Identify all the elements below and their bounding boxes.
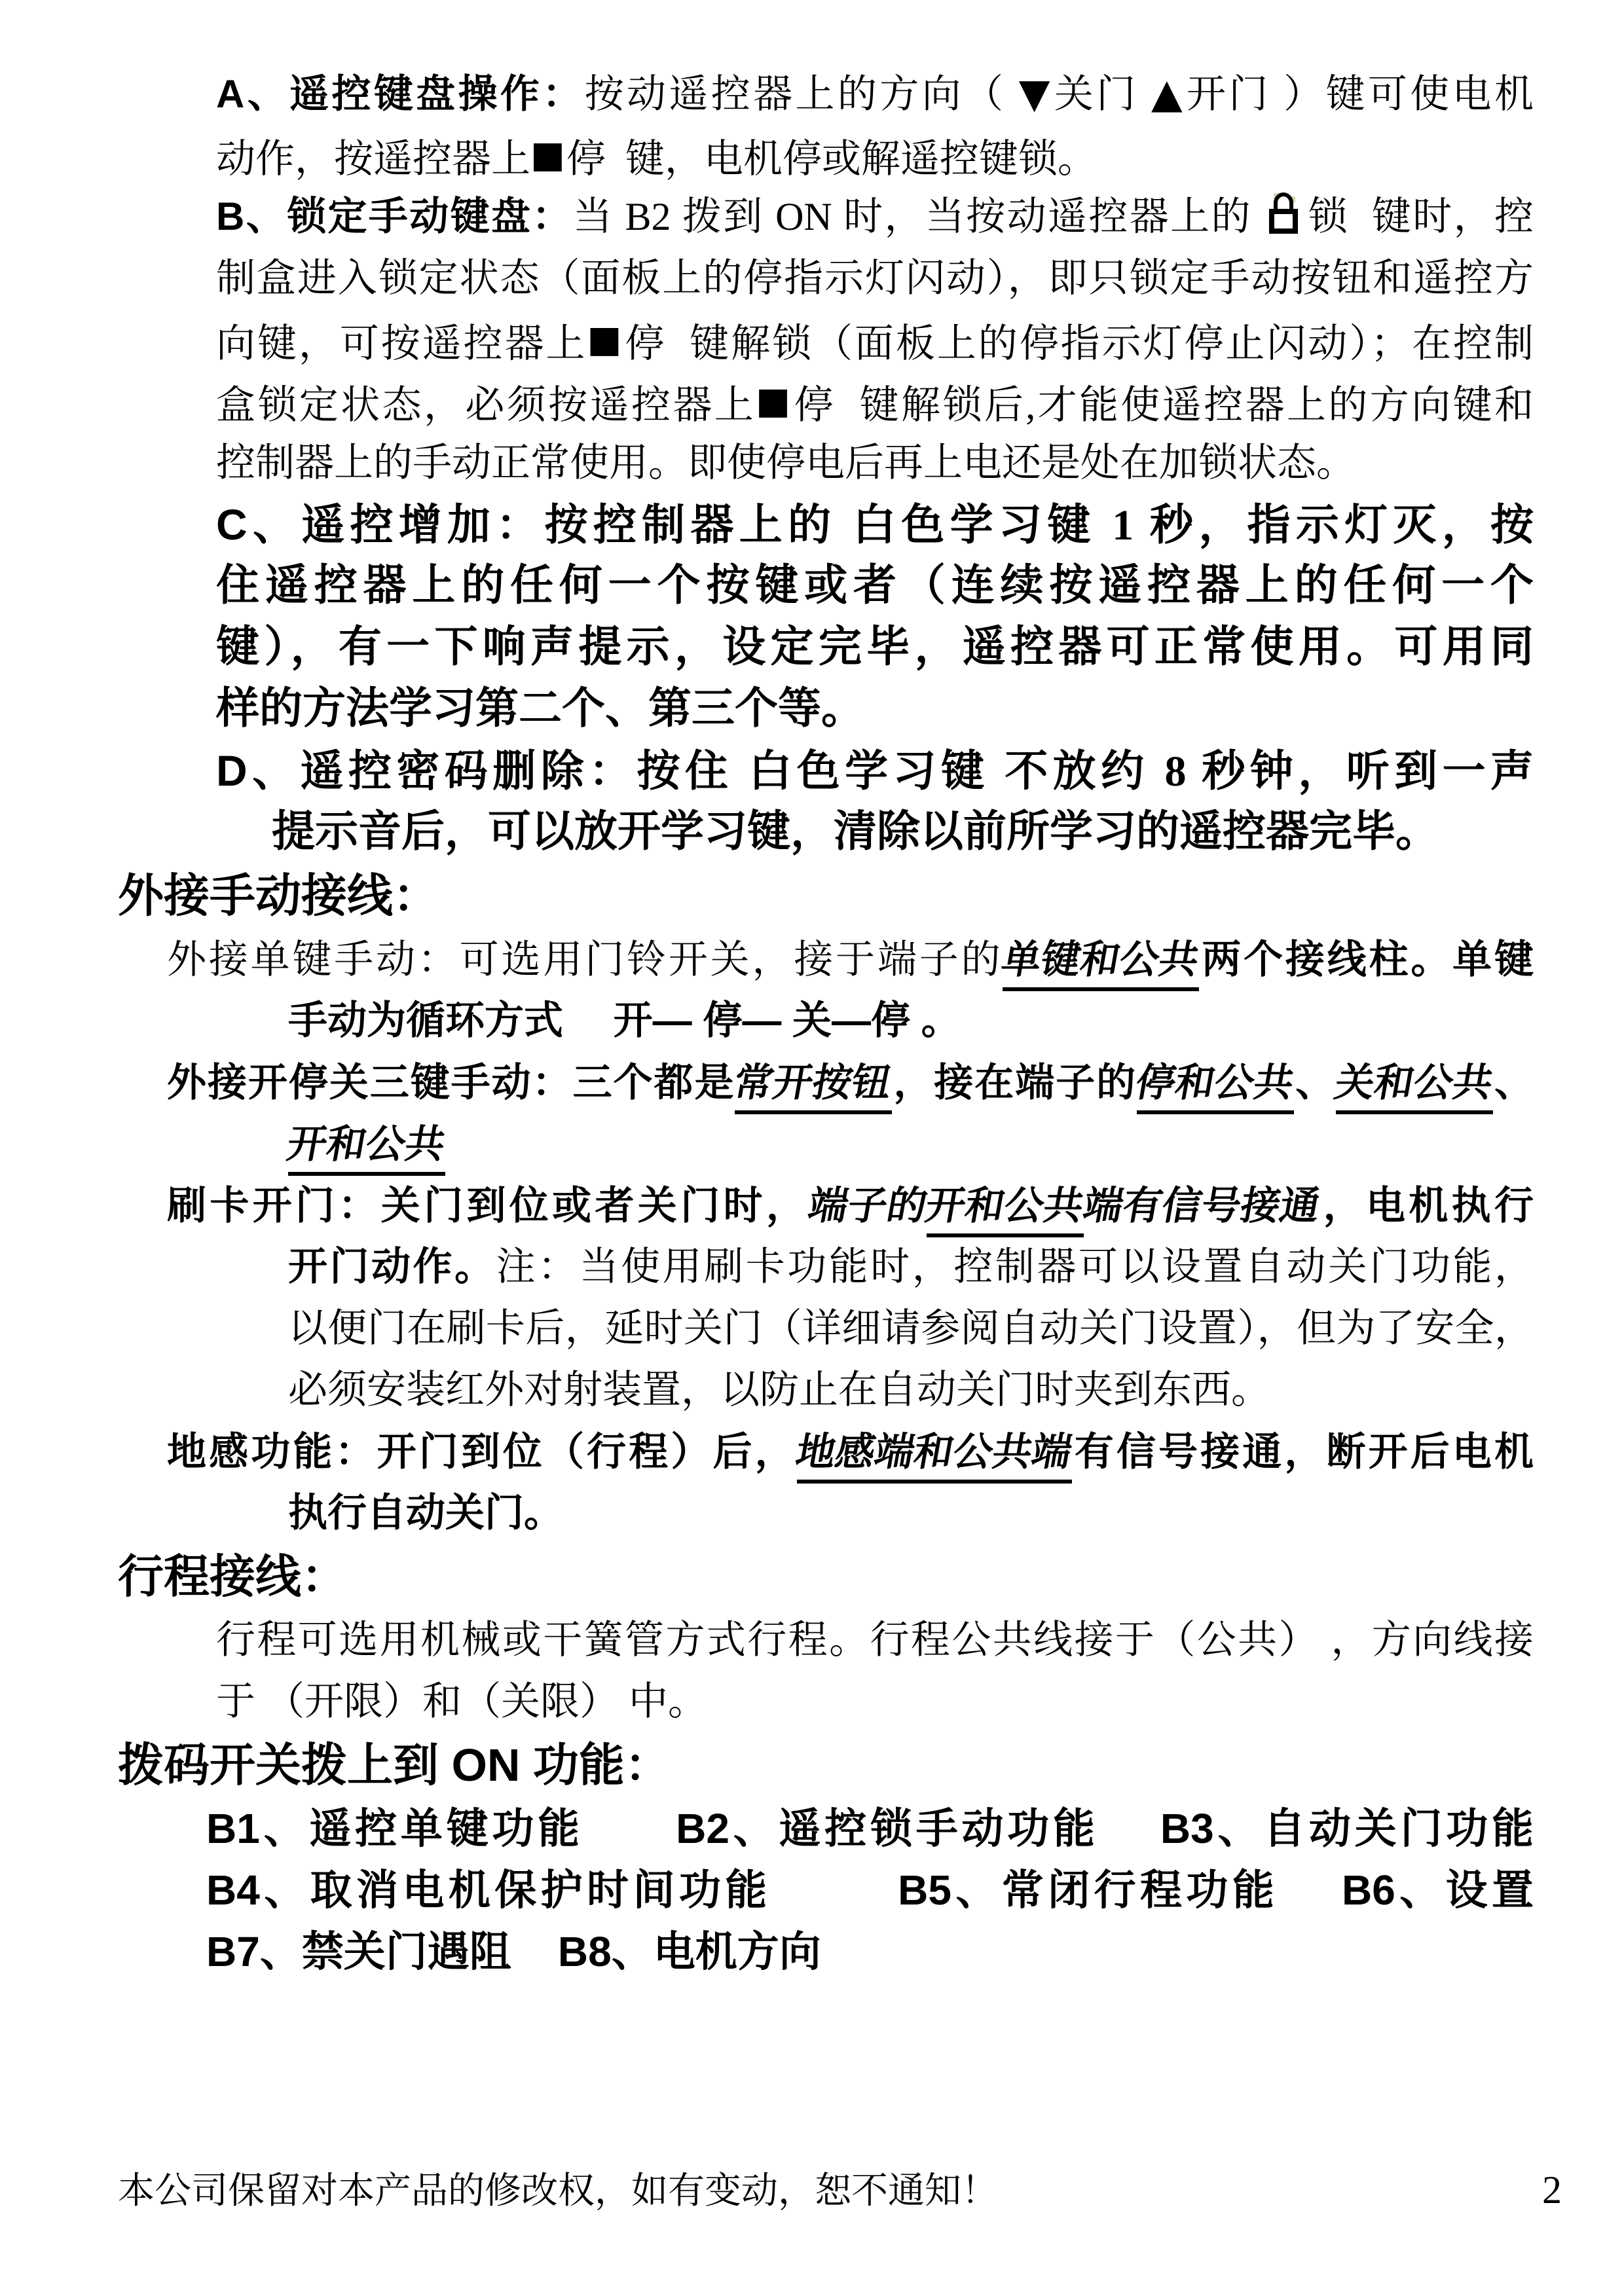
single-key-manual-label: 外接单键手动：	[167, 938, 460, 981]
dip-functions-b7-b8: B7、禁关门遇阻 B8、电机方向	[206, 1928, 821, 1975]
card-open-note-text: 注：当使用刷卡功能时，控制器可以设置自动关门功能，	[496, 1245, 1534, 1288]
card-open-label: 刷卡开门：	[167, 1184, 381, 1228]
ground-sensor-terminal-emphasis: 地感端和公共端	[797, 1421, 1072, 1484]
section-c-label: C、遥控增加：	[216, 500, 545, 549]
ground-sensor-text-2: 有信号接通，断开后电机	[1072, 1430, 1534, 1474]
card-open-text-4: ，电机执行	[1319, 1184, 1534, 1228]
section-b-text-8: 控制器上的手动正常使用。即使停电后再上电还是处在加锁状态。	[216, 441, 1356, 484]
section-c-text-4: 样的方法学习第二个、第三个等。	[216, 685, 864, 733]
card-open-text-1: 关门到位或者关门时，	[381, 1184, 809, 1228]
section-b-text-4: 向键，可按遥控器上	[216, 322, 587, 365]
section-a-line-2: 动作，按遥控器上■停 键，电机停或解遥控键锁。	[216, 124, 1534, 186]
section-b-text-6: 盒锁定状态，必须按遥控器上	[216, 384, 756, 427]
single-key-cycle-text: 手动为循环方式 开— 停— 关—停 。	[288, 998, 961, 1042]
section-c-text-3: 键），有一下响声提示，设定完毕，遥控器可正常使用。可用同	[216, 623, 1534, 671]
section-c-line-2: 住遥控器上的任何一个按键或者（连续按遥控器上的任何一个	[216, 555, 1534, 617]
card-open-line-3: 以便门在刷卡后，延时关门（详细请参阅自动关门设置），但为了安全，	[288, 1298, 1534, 1359]
card-open-text-3: 端有信号接通	[1079, 1175, 1325, 1237]
section-a-line-1: A、遥控键盘操作：按动遥控器上的方向（ ▼关门 ▲开门 ）键可使电机	[216, 63, 1534, 124]
section-b-label: B、锁定手动键盘：	[216, 194, 573, 238]
section-b-line-2: 制盒进入锁定状态（面板上的停指示灯闪动），即只锁定手动按钮和遥控方	[216, 247, 1534, 309]
limit-wiring-text-2: 于 （开限）和（关限） 中。	[216, 1680, 707, 1723]
stop-icon: ■	[756, 380, 794, 422]
card-open-line-2: 开门动作。注：当使用刷卡功能时，控制器可以设置自动关门功能，	[288, 1236, 1534, 1298]
stop-icon: ■	[530, 134, 566, 176]
heading-limit-wiring-text: 行程接线：	[118, 1551, 347, 1602]
three-key-manual-label: 外接开停关三键手动：	[167, 1061, 573, 1104]
limit-wiring-text-1: 行程可选用机械或干簧管方式行程。行程公共线接于（公共） ，方向线接	[216, 1618, 1534, 1662]
normally-open-button-emphasis: 常开按钮	[735, 1051, 892, 1114]
section-b-text-7: 停 键解锁后,才能使遥控器上的方向键和	[794, 384, 1534, 427]
section-d-text-1: 按住 白色学习键 不放约 8 秒钟，听到一声	[637, 748, 1534, 795]
stop-and-common-emphasis: 停和公共	[1137, 1051, 1294, 1114]
footer-disclaimer: 本公司保留对本产品的修改权，如有变动，恕不通知！	[118, 2162, 998, 2214]
heading-dip-switch-on-functions-text: 拨码开关拨上到 ON 功能：	[118, 1740, 671, 1791]
three-key-manual-text-3: 、	[1294, 1061, 1336, 1104]
section-b-line-5: 控制器上的手动正常使用。即使停电后再上电还是处在加锁状态。	[216, 432, 1534, 494]
section-a-label: A、遥控键盘操作：	[216, 72, 585, 116]
card-open-line-4: 必须安装红外对射装置，以防止在自动关门时夹到东西。	[288, 1359, 1534, 1421]
single-key-manual-line-1: 外接单键手动：可选用门铃开关，接于端子的单键和公共两个接线柱。单键	[167, 928, 1534, 990]
dip-functions-b1-b3: B1、遥控单键功能 B2、遥控锁手动功能 B3、自动关门功能	[206, 1805, 1534, 1852]
ground-sensor-line-2: 执行自动关门。	[288, 1482, 1534, 1544]
three-key-manual-text-1: 三个都是	[573, 1061, 735, 1104]
page-number: 2	[1542, 2168, 1562, 2213]
dip-functions-line-3: B7、禁关门遇阻 B8、电机方向	[206, 1921, 1534, 1982]
section-a-text-2: 关门	[1054, 73, 1151, 116]
card-open-text-7: 必须安装红外对射装置，以防止在自动关门时夹到东西。	[288, 1368, 1270, 1412]
section-b-line-1: B、锁定手动键盘：当 B2 拨到 ON 时，当按动遥控器上的 锁 键时，控	[216, 186, 1534, 247]
section-b-text-1: 当 B2 拨到 ON 时，当按动遥控器上的	[573, 195, 1264, 238]
ground-sensor-text-3: 执行自动关门。	[288, 1491, 563, 1535]
single-key-manual-line-2: 手动为循环方式 开— 停— 关—停 。	[288, 990, 1534, 1051]
limit-wiring-line-1: 行程可选用机械或干簧管方式行程。行程公共线接于（公共） ，方向线接	[216, 1609, 1534, 1671]
section-b-text-3: 制盒进入锁定状态（面板上的停指示灯闪动），即只锁定手动按钮和遥控方	[216, 257, 1534, 300]
dip-functions-line-2: B4、取消电机保护时间功能 B5、常闭行程功能 B6、设置	[206, 1859, 1534, 1921]
heading-external-manual-wiring-text: 外接手动接线：	[118, 870, 439, 921]
section-a-text-5: 停 键，电机停或解遥控键锁。	[566, 137, 1097, 181]
limit-wiring-line-2: 于 （开限）和（关限） 中。	[216, 1671, 1534, 1732]
lock-icon	[1266, 192, 1301, 235]
dip-functions-line-1: B1、遥控单键功能 B2、遥控锁手动功能 B3、自动关门功能	[206, 1798, 1534, 1859]
stop-icon: ■	[587, 318, 625, 361]
section-b-line-4: 盒锁定状态，必须按遥控器上■停 键解锁后,才能使遥控器上的方向键和	[216, 371, 1534, 432]
section-d-label: D、遥控密码删除：	[216, 746, 637, 795]
page-content: A、遥控键盘操作：按动遥控器上的方向（ ▼关门 ▲开门 ）键可使电机 动作，按遥…	[0, 63, 1624, 1982]
page-footer: 本公司保留对本产品的修改权，如有变动，恕不通知！ 2	[118, 2162, 1562, 2214]
card-open-text-5: 开门动作。	[288, 1245, 496, 1288]
section-a-text-1: 按动遥控器上的方向（	[585, 73, 1019, 116]
ground-sensor-line-1: 地感功能：开门到位（行程）后，地感端和公共端有信号接通，断开后电机	[167, 1421, 1534, 1482]
section-a-text-4: 动作，按遥控器上	[216, 137, 530, 181]
card-open-text-2: 端子的	[803, 1175, 932, 1237]
section-c-line-1: C、遥控增加：按控制器上的 白色学习键 1 秒，指示灯灭，按	[216, 494, 1534, 555]
single-key-manual-text-1: 可选用门铃开关，接于端子的	[460, 938, 1003, 981]
close-and-common-emphasis: 关和公共	[1336, 1051, 1493, 1114]
card-open-text-6: 以便门在刷卡后，延时关门（详细请参阅自动关门设置），但为了安全，	[288, 1307, 1534, 1350]
section-c-line-3: 键），有一下响声提示，设定完毕，遥控器可正常使用。可用同	[216, 617, 1534, 678]
three-key-manual-line-1: 外接开停关三键手动：三个都是常开按钮，接在端子的停和公共、关和公共、	[167, 1051, 1534, 1113]
door-close-icon: ▼	[1019, 69, 1054, 117]
section-b-line-3: 向键，可按遥控器上■停 键解锁（面板上的停指示灯停止闪动）；在控制	[216, 309, 1534, 371]
single-key-terminal-emphasis: 单键和公共	[1003, 928, 1199, 991]
ground-sensor-label: 地感功能：	[167, 1430, 377, 1474]
section-a-text-3: 开门 ）键可使电机	[1187, 73, 1534, 116]
section-d-text-2: 提示音后，可以放开学习键，清除以前所学习的遥控器完毕。	[272, 808, 1439, 856]
open-and-common-emphasis: 开和公共	[288, 1113, 445, 1176]
section-c-text-2: 住遥控器上的任何一个按键或者（连续按遥控器上的任何一个	[216, 562, 1534, 610]
heading-limit-wiring: 行程接线：	[118, 1544, 1534, 1609]
manual-page: A、遥控键盘操作：按动遥控器上的方向（ ▼关门 ▲开门 ）键可使电机 动作，按遥…	[0, 0, 1624, 2296]
heading-external-manual-wiring: 外接手动接线：	[118, 863, 1534, 928]
open-and-common-signal-emphasis: 开和公共	[927, 1175, 1084, 1237]
section-d-line-1: D、遥控密码删除：按住 白色学习键 不放约 8 秒钟，听到一声	[216, 740, 1534, 801]
door-open-icon: ▲	[1151, 69, 1187, 117]
dip-functions-b4-b6: B4、取消电机保护时间功能 B5、常闭行程功能 B6、设置	[206, 1867, 1534, 1914]
section-b-text-5: 停 键解锁（面板上的停指示灯停止闪动）；在控制	[625, 322, 1534, 365]
heading-dip-switch-on-functions: 拨码开关拨上到 ON 功能：	[118, 1732, 1534, 1798]
section-d-line-2: 提示音后，可以放开学习键，清除以前所学习的遥控器完毕。	[272, 801, 1534, 863]
three-key-manual-text-2: ，接在端子的	[892, 1061, 1137, 1104]
card-open-line-1: 刷卡开门：关门到位或者关门时，端子的开和公共端有信号接通，电机执行	[167, 1175, 1534, 1236]
single-key-manual-text-2: 两个接线柱。单键	[1199, 938, 1534, 981]
section-c-line-4: 样的方法学习第二个、第三个等。	[216, 678, 1534, 740]
ground-sensor-text-1: 开门到位（行程）后，	[377, 1430, 797, 1474]
three-key-manual-text-4: 、	[1493, 1061, 1534, 1104]
section-b-text-2: 锁 键时，控	[1306, 195, 1534, 238]
three-key-manual-line-2: 开和公共	[288, 1113, 1534, 1175]
section-c-text-1: 按控制器上的 白色学习键 1 秒，指示灯灭，按	[545, 501, 1534, 549]
